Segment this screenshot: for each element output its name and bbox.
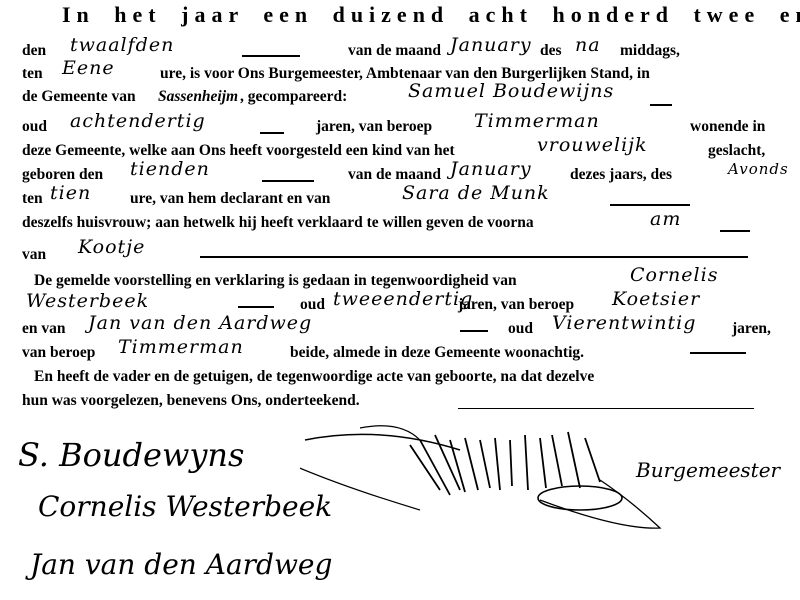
printed-text: ten <box>22 190 43 208</box>
printed-text: deze Gemeente, welke aan Ons heeft voorg… <box>22 142 455 160</box>
handwritten-child-name: Kootje <box>78 236 145 258</box>
handwritten-birth-time-of-day: Avonds <box>728 160 789 178</box>
printed-text: beide, almede in deze Gemeente woonachti… <box>290 344 584 362</box>
printed-text: middags, <box>620 42 680 60</box>
printed-text: ten <box>22 65 43 83</box>
handwritten-sex: vrouwelijk <box>537 134 648 156</box>
handwritten-witness2-name: Jan van den Aardweg <box>88 312 312 334</box>
printed-text: van <box>22 246 46 264</box>
handwritten-witness1-first: Cornelis <box>630 264 718 286</box>
handwritten-day: twaalfden <box>70 34 174 56</box>
printed-text: den <box>22 42 46 60</box>
handwritten-birth-month: January <box>450 158 532 180</box>
blank-line <box>610 204 690 206</box>
printed-text: jaren, <box>732 320 771 338</box>
printed-text: van beroep <box>22 344 95 362</box>
handwritten-birth-hour: tien <box>50 182 91 204</box>
printed-text: ure, van hem declarant en van <box>130 190 330 208</box>
printed-text: deszelfs huisvrouw; aan hetwelk hij heef… <box>22 214 534 232</box>
printed-text: van de maand <box>348 42 441 60</box>
signature-witness1: Cornelis Westerbeek <box>38 490 332 523</box>
document-title: In het jaar een duizend acht honderd twe… <box>62 2 800 28</box>
printed-text: geslacht, <box>708 142 765 160</box>
handwritten-declarant-age: achtendertig <box>70 110 206 132</box>
signature-witness2: Jan van den Aardweg <box>30 548 332 581</box>
handwritten-witness2-age: Vierentwintig <box>552 312 696 334</box>
handwritten-witness1-occupation: Koetsier <box>612 288 700 310</box>
printed-text: dezes jaars, des <box>570 166 672 184</box>
handwritten-birth-day: tienden <box>130 158 210 180</box>
printed-text: en van <box>22 320 66 338</box>
blank-line <box>242 55 300 57</box>
printed-text: hun was voorgelezen, benevens Ons, onder… <box>22 392 360 410</box>
signature-declarant: S. Boudewyns <box>18 436 244 474</box>
printed-text: wonende in <box>690 118 765 136</box>
blank-line <box>460 330 488 332</box>
printed-text: oud <box>22 118 47 136</box>
printed-text: oud <box>508 320 533 338</box>
printed-municipality: Sassenheijm <box>158 88 238 106</box>
blank-line <box>238 306 274 308</box>
printed-text: de Gemeente van <box>22 88 136 106</box>
handwritten-mother-name: Sara de Munk <box>402 182 550 204</box>
handwritten-first-name-suffix: am <box>650 208 681 230</box>
blank-line <box>720 230 750 232</box>
mayor-title: Burgemeester <box>636 458 780 482</box>
handwritten-declarant-name: Samuel Boudewijns <box>408 80 614 102</box>
handwritten-witness2-occupation: Timmerman <box>118 336 244 358</box>
handwritten-witness1-last: Westerbeek <box>26 290 149 312</box>
blank-line <box>650 104 672 106</box>
blank-line <box>200 256 748 258</box>
printed-text: En heeft de vader en de getuigen, de teg… <box>34 368 594 386</box>
handwritten-month: January <box>450 34 532 56</box>
handwritten-witness1-age: tweeendertig <box>333 288 473 310</box>
printed-text: jaren, van beroep <box>316 118 432 136</box>
printed-text: des <box>540 42 562 60</box>
blank-line <box>690 352 746 354</box>
blank-line <box>262 180 314 182</box>
title-text: In het jaar een duizend acht honderd twe… <box>62 2 800 27</box>
handwritten-hour: Eene <box>62 57 115 79</box>
handwritten-declarant-occupation: Timmerman <box>474 110 600 132</box>
printed-text: , gecompareerd: <box>240 88 347 106</box>
blank-line <box>458 408 754 409</box>
handwritten-time-of-day: na <box>575 34 601 56</box>
blank-line <box>260 132 284 134</box>
